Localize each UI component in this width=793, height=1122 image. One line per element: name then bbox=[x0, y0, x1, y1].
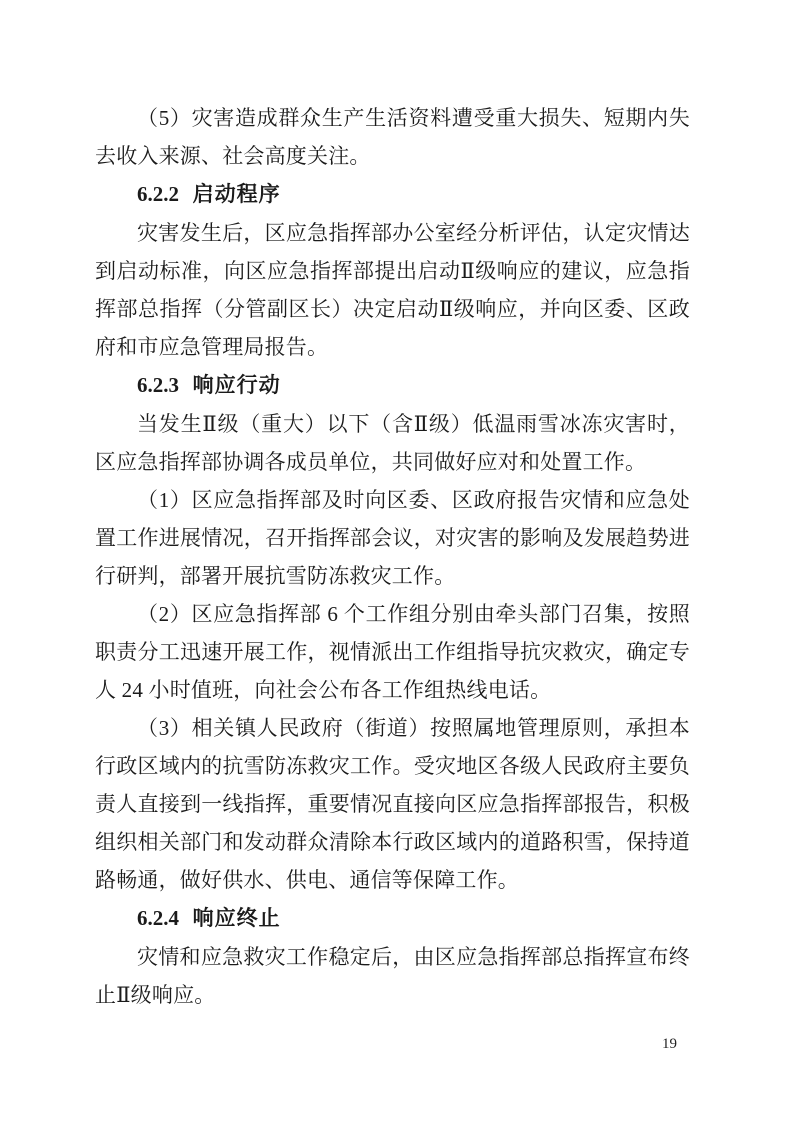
paragraph-response-item-1: （1）区应急指挥部及时向区委、区政府报告灾情和应急处置工作进展情况，召开指挥部会… bbox=[95, 481, 690, 595]
section-number: 6.2.4 bbox=[137, 906, 179, 930]
section-title: 响应行动 bbox=[193, 374, 281, 397]
paragraph-response-item-3: （3）相关镇人民政府（街道）按照属地管理原则，承担本行政区域内的抗雪防冻救灾工作… bbox=[95, 709, 690, 899]
document-page-body: （5）灾害造成群众生产生活资料遭受重大损失、短期内失去收入来源、社会高度关注。 … bbox=[95, 99, 690, 1014]
section-number: 6.2.3 bbox=[137, 373, 179, 397]
section-heading-6-2-2: 6.2.2启动程序 bbox=[95, 175, 690, 214]
section-title: 响应终止 bbox=[193, 907, 281, 930]
page-number: 19 bbox=[662, 1034, 677, 1054]
paragraph-response-item-2: （2）区应急指挥部 6 个工作组分别由牵头部门召集，按照职责分工迅速开展工作，视… bbox=[95, 595, 690, 709]
paragraph-activation-procedure: 灾害发生后，区应急指挥部办公室经分析评估，认定灾情达到启动标准，向区应急指挥部提… bbox=[95, 214, 690, 366]
paragraph-response-termination: 灾情和应急救灾工作稳定后，由区应急指挥部总指挥宣布终止Ⅱ级响应。 bbox=[95, 938, 690, 1014]
paragraph-response-intro: 当发生Ⅱ级（重大）以下（含Ⅱ级）低温雨雪冰冻灾害时，区应急指挥部协调各成员单位，… bbox=[95, 405, 690, 481]
section-title: 启动程序 bbox=[193, 183, 281, 206]
paragraph-item-5: （5）灾害造成群众生产生活资料遭受重大损失、短期内失去收入来源、社会高度关注。 bbox=[95, 99, 690, 175]
section-heading-6-2-3: 6.2.3响应行动 bbox=[95, 366, 690, 405]
section-number: 6.2.2 bbox=[137, 182, 179, 206]
section-heading-6-2-4: 6.2.4响应终止 bbox=[95, 899, 690, 938]
